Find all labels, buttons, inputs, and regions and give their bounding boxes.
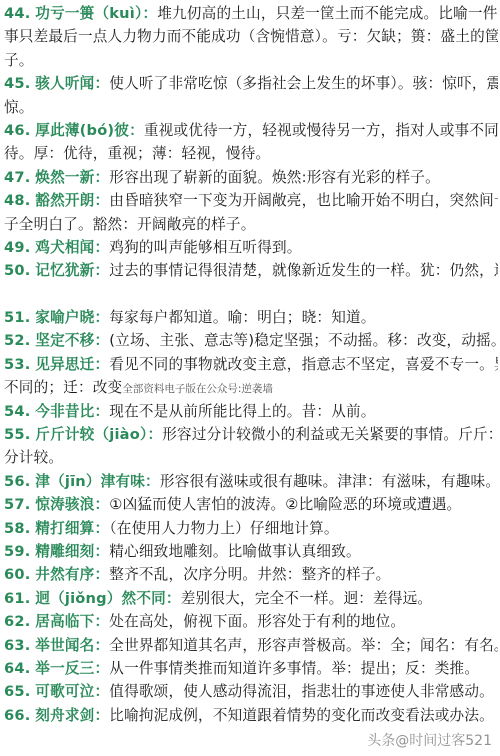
entry-number: 53.: [4, 356, 30, 373]
entry-number: 50.: [4, 262, 30, 279]
entry-44-line-3: 子。: [4, 49, 498, 72]
idiom-term: 迥（jiǒng）然不同：: [35, 590, 180, 607]
entry-50-line-1: 50. 记忆犹新：过去的事情记得很清楚，就像新近发生的一样。犹：仍然，还。: [4, 259, 498, 282]
idiom-term: 焕然一新：: [35, 169, 109, 186]
definition-text: 鸡狗的叫声能够相互听得到。: [109, 239, 301, 256]
entry-59-line-1: 59. 精雕细刻：精心细致地雕刻。比喻做事认真细致。: [4, 540, 498, 563]
entry-46-line-1: 46. 厚此薄(bó)彼：重视或优待一方，轻视或慢待另一方，指对人或事不同等看: [4, 119, 498, 142]
inline-note: 全部资料电子版在公众号:逆袭墙: [122, 383, 273, 395]
idiom-term: 今非昔比：: [35, 403, 109, 420]
entry-65-line-1: 65. 可歌可泣：值得歌颂，使人感动得流泪，指悲壮的事迹使人非常感动。: [4, 680, 498, 703]
entry-number: 54.: [4, 403, 30, 420]
entry-62-line-1: 62. 居高临下：处在高处，俯视下面。形容处于有利的地位。: [4, 610, 498, 633]
entry-51-line-1: 51. 家喻户晓：每家每户都知道。喻：明白；晓：知道。: [4, 306, 498, 329]
definition-text: (立场、主张、意志等)稳定坚强；不动摇。移：改变，动摇。: [109, 332, 498, 349]
entry-55-line-1: 55. 斤斤计较（jiào）：形容过分计较微小的利益或无关紧要的事情。斤斤：过: [4, 423, 498, 446]
definition-text: 差别很大，完全不一样。迥：差得远。: [181, 590, 433, 607]
entry-number: 60.: [4, 566, 30, 583]
idiom-term: 厚此薄(bó)彼：: [35, 122, 144, 139]
definition-text: 每家每户都知道。喻：明白；晓：知道。: [109, 309, 375, 326]
idiom-term: 精打细算：: [35, 520, 109, 537]
entry-55-line-2: 分计较。: [4, 446, 498, 469]
entry-number: 45.: [4, 75, 30, 92]
idiom-term: 津（jīn）津有味：: [35, 473, 160, 490]
definition-text: 看见不同的事物就改变主意，指意志不坚定，喜爱不专一。异：: [109, 356, 498, 373]
entry-number: 64.: [4, 660, 30, 677]
definition-text: 由昏暗狭窄一下变为开阔敞亮，也比喻开始不明白，突然间一下: [109, 192, 498, 209]
definition-text: 精心细致地雕刻。比喻做事认真细致。: [109, 543, 361, 560]
entry-number: 62.: [4, 613, 30, 630]
entry-60-line-1: 60. 井然有序：整齐不乱，次序分明。井然：整齐的样子。: [4, 563, 498, 586]
idiom-term: 鸡犬相闻：: [35, 239, 109, 256]
idiom-term: 功亏一篑（kuì）：: [35, 5, 157, 22]
definition-text: 不同的；迁：改变: [4, 379, 122, 396]
entry-45-line-1: 45. 骇人听闻：使人听了非常吃惊（多指社会上发生的坏事）。骇：惊吓，震: [4, 72, 498, 95]
idiom-term: 骇人听闻：: [35, 75, 109, 92]
entry-52-line-1: 52. 坚定不移：(立场、主张、意志等)稳定坚强；不动摇。移：改变，动摇。: [4, 329, 498, 352]
definition-text: （在使用人力物力上）仔细地计算。: [109, 520, 338, 537]
entry-58-line-1: 58. 精打细算：（在使用人力物力上）仔细地计算。: [4, 517, 498, 540]
idiom-term: 坚定不移：: [35, 332, 109, 349]
entry-44-line-2: 事只差最后一点人力物力而不能成功（含惋惜意）。亏：欠缺；篑：盛土的筐: [4, 25, 498, 48]
idiom-term: 井然有序：: [35, 566, 109, 583]
idiom-term: 可歌可泣：: [35, 683, 109, 700]
entry-number: 51.: [4, 309, 30, 326]
idiom-term: 惊涛骇浪：: [35, 496, 109, 513]
entry-64-line-1: 64. 举一反三：从一件事情类推而知道许多事情。举：提出；反：类推。: [4, 657, 498, 680]
entry-number: 52.: [4, 332, 30, 349]
idiom-document: 44. 功亏一篑（kuì）：堆九仞高的土山，只差一筐土而不能完成。比喻一件大 事…: [4, 2, 498, 727]
entry-number: 55.: [4, 426, 30, 443]
entry-number: 59.: [4, 543, 30, 560]
definition-text: 形容过分计较微小的利益或无关紧要的事情。斤斤：过: [162, 426, 498, 443]
entry-49-line-1: 49. 鸡犬相闻：鸡狗的叫声能够相互听得到。: [4, 236, 498, 259]
entry-56-line-1: 56. 津（jīn）津有味：形容很有滋味或很有趣味。津津：有滋味，有趣味。: [4, 470, 498, 493]
definition-text: 从一件事情类推而知道许多事情。举：提出；反：类推。: [109, 660, 479, 677]
definition-text: 形容很有滋味或很有趣味。津津：有滋味，有趣味。: [160, 473, 498, 490]
idiom-term: 举一反三：: [35, 660, 109, 677]
entry-number: 66.: [4, 707, 30, 724]
idiom-term: 举世闻名：: [35, 637, 109, 654]
entry-number: 57.: [4, 496, 30, 513]
entry-63-line-1: 63. 举世闻名：全世界都知道其名声，形容声誉极高。举：全；闻名：有名。: [4, 634, 498, 657]
entry-number: 47.: [4, 169, 30, 186]
entry-number: 46.: [4, 122, 30, 139]
entry-44-line-1: 44. 功亏一篑（kuì）：堆九仞高的土山，只差一筐土而不能完成。比喻一件大: [4, 2, 498, 25]
idiom-term: 精雕细刻：: [35, 543, 109, 560]
definition-text: 处在高处，俯视下面。形容处于有利的地位。: [109, 613, 405, 630]
idiom-term: 斤斤计较（jiào）：: [35, 426, 162, 443]
definition-text: 全世界都知道其名声，形容声誉极高。举：全；闻名：有名。: [109, 637, 498, 654]
idiom-term: 见异思迁：: [35, 356, 109, 373]
entry-number: 49.: [4, 239, 30, 256]
entry-47-line-1: 47. 焕然一新：形容出现了崭新的面貌。焕然:形容有光彩的样子。: [4, 166, 498, 189]
entry-46-line-2: 待。厚：优待，重视；薄：轻视，慢待。: [4, 142, 498, 165]
definition-text: 比喻拘泥成例，不知道跟着情势的变化而改变看法或办法。: [109, 707, 494, 724]
definition-text: 使人听了非常吃惊（多指社会上发生的坏事）。骇：惊吓，震: [109, 75, 498, 92]
idiom-term: 居高临下：: [35, 613, 109, 630]
entry-61-line-1: 61. 迥（jiǒng）然不同：差别很大，完全不一样。迥：差得远。: [4, 587, 498, 610]
entry-53-line-1: 53. 见异思迁：看见不同的事物就改变主意，指意志不坚定，喜爱不专一。异：: [4, 353, 498, 376]
idiom-term: 家喻户晓：: [35, 309, 109, 326]
entry-48-line-2: 子全明白了。豁然：开阔敞亮的样子。: [4, 213, 498, 236]
entry-number: 48.: [4, 192, 30, 209]
entry-number: 65.: [4, 683, 30, 700]
entry-number: 56.: [4, 473, 30, 490]
watermark: 头条@时间过客521: [367, 730, 492, 750]
definition-text: 堆九仞高的土山，只差一筐土而不能完成。比喻一件大: [157, 5, 498, 22]
idiom-term: 记忆犹新：: [35, 262, 109, 279]
definition-text: 现在不是从前所能比得上的。昔：从前。: [109, 403, 375, 420]
entry-number: 61.: [4, 590, 30, 607]
entry-number: 58.: [4, 520, 30, 537]
definition-text: 形容出现了崭新的面貌。焕然:形容有光彩的样子。: [109, 169, 440, 186]
definition-text: 重视或优待一方，轻视或慢待另一方，指对人或事不同等看: [144, 122, 498, 139]
entry-54-line-1: 54. 今非昔比：现在不是从前所能比得上的。昔：从前。: [4, 400, 498, 423]
definition-text: 值得歌颂，使人感动得流泪，指悲壮的事迹使人非常感动。: [109, 683, 494, 700]
definition-text: ①凶猛而使人害怕的波涛。②比喻险恶的环境或遭遇。: [109, 496, 461, 513]
entry-48-line-1: 48. 豁然开朗：由昏暗狭窄一下变为开阔敞亮，也比喻开始不明白，突然间一下: [4, 189, 498, 212]
entry-45-line-2: 惊。: [4, 96, 498, 119]
entry-53-line-2: 不同的；迁：改变全部资料电子版在公众号:逆袭墙: [4, 376, 498, 399]
entry-66-line-1: 66. 刻舟求剑：比喻拘泥成例，不知道跟着情势的变化而改变看法或办法。: [4, 704, 498, 727]
section-gap: [4, 283, 498, 306]
definition-text: 整齐不乱，次序分明。井然：整齐的样子。: [109, 566, 390, 583]
entry-number: 44.: [4, 5, 30, 22]
idiom-term: 豁然开朗：: [35, 192, 109, 209]
idiom-term: 刻舟求剑：: [35, 707, 109, 724]
entry-57-line-1: 57. 惊涛骇浪：①凶猛而使人害怕的波涛。②比喻险恶的环境或遭遇。: [4, 493, 498, 516]
definition-text: 过去的事情记得很清楚，就像新近发生的一样。犹：仍然，还。: [109, 262, 498, 279]
entry-number: 63.: [4, 637, 30, 654]
